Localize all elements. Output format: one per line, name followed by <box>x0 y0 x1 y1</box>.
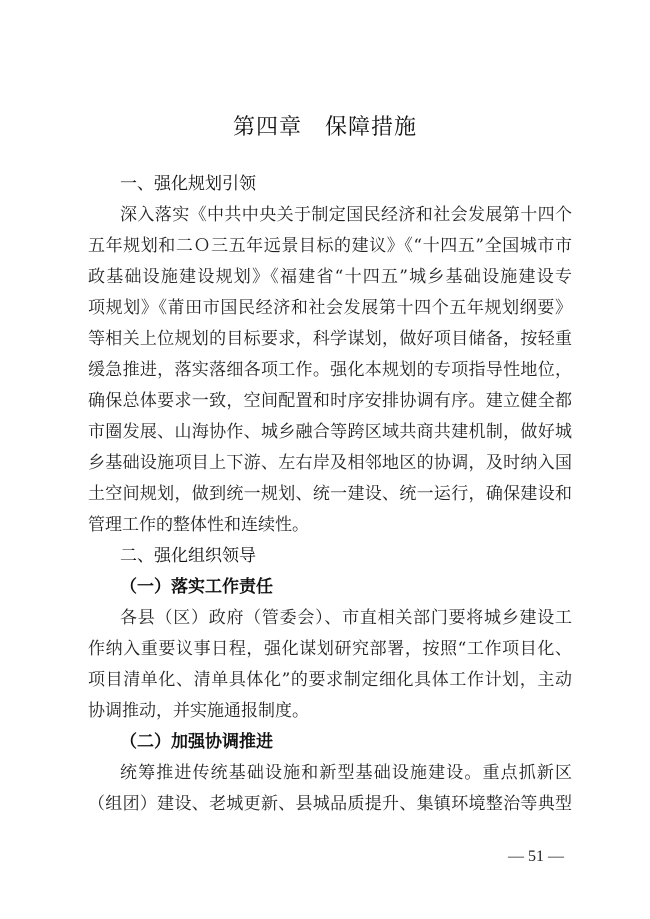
paragraph-line: 作纳入重要议事日程，强化谋划研究部署，按照“工作项目化、 <box>88 638 572 660</box>
page-number: — 51 — <box>508 848 564 866</box>
paragraph-line: 等相关上位规划的目标要求，科学谋划，做好项目储备，按轻重 <box>88 328 572 350</box>
paragraph-line: 协调推动，并实施通报制度。 <box>88 700 572 722</box>
paragraph-line: 政基础设施建设规划》《福建省“十四五”城乡基础设施建设专 <box>88 266 572 288</box>
paragraph-line: 各县（区）政府（管委会）、市直相关部门要将城乡建设工 <box>120 607 572 629</box>
paragraph-line: 管理工作的整体性和连续性。 <box>88 514 572 536</box>
paragraph-line: 缓急推进，落实落细各项工作。强化本规划的专项指导性地位， <box>88 359 572 381</box>
subsection-heading: （二）加强协调推进 <box>120 731 572 753</box>
subsection-heading: （一）落实工作责任 <box>120 576 572 598</box>
paragraph-line: 项规划》《莆田市国民经济和社会发展第十四个五年规划纲要》 <box>88 297 572 319</box>
section-heading: 一、强化规划引领 <box>120 173 572 195</box>
chapter-title: 第四章 保障措施 <box>0 110 650 141</box>
paragraph-line: 市圈发展、山海协作、城乡融合等跨区域共商共建机制，做好城 <box>88 421 572 443</box>
paragraph-line: 项目清单化、清单具体化”的要求制定细化具体工作计划，主动 <box>88 669 572 691</box>
document-page: 第四章 保障措施 一、强化规划引领 深入落实《中共中央关于制定国民经济和社会发展… <box>0 0 650 919</box>
paragraph-line: 土空间规划，做到统一规划、统一建设、统一运行，确保建设和 <box>88 483 572 505</box>
paragraph-line: 确保总体要求一致，空间配置和时序安排协调有序。建立健全都 <box>88 390 572 412</box>
paragraph-line: 乡基础设施项目上下游、左右岸及相邻地区的协调，及时纳入国 <box>88 452 572 474</box>
paragraph-line: 统筹推进传统基础设施和新型基础设施建设。重点抓新区 <box>120 762 572 784</box>
section-heading: 二、强化组织领导 <box>120 545 572 567</box>
paragraph-line: 五年规划和二Ｏ三五年远景目标的建议》《“十四五”全国城市市 <box>88 235 572 257</box>
paragraph-line: （组团）建设、老城更新、县城品质提升、集镇环境整治等典型 <box>88 793 572 815</box>
paragraph-line: 深入落实《中共中央关于制定国民经济和社会发展第十四个 <box>120 204 572 226</box>
